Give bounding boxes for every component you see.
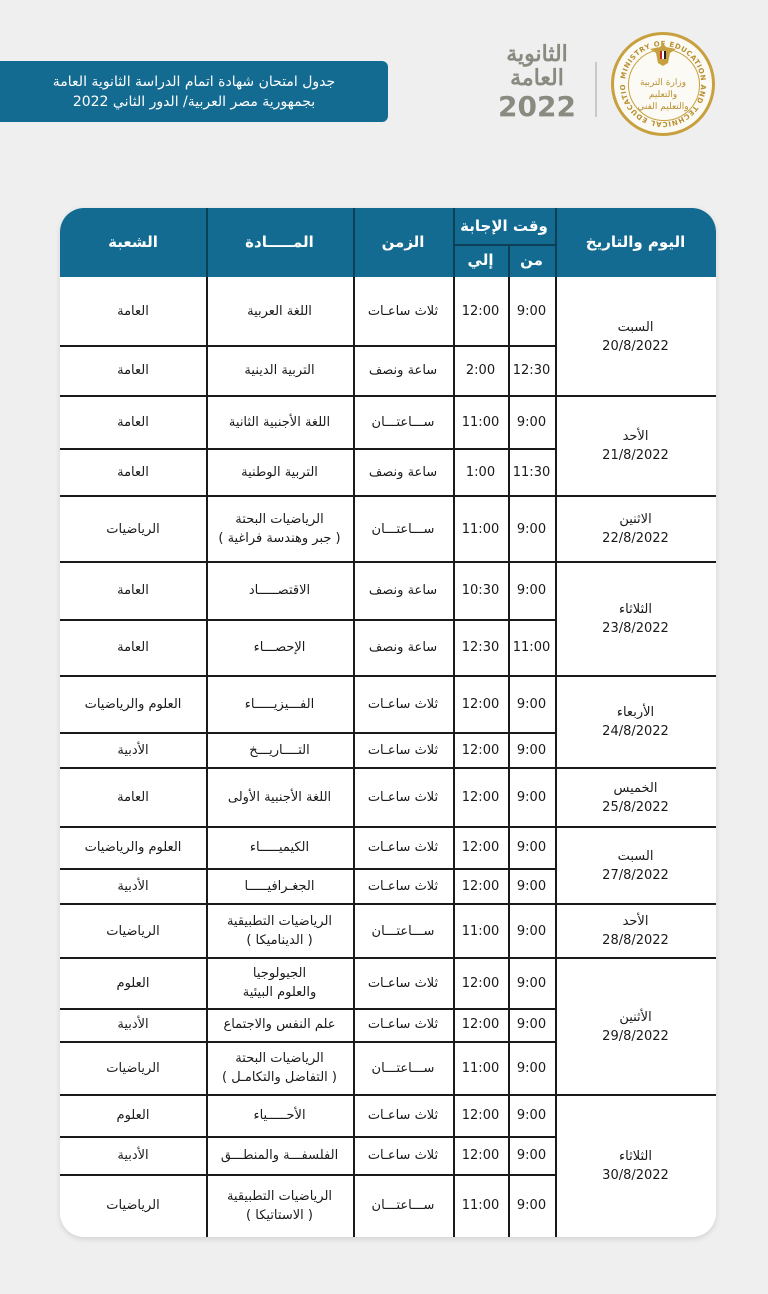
start-time: 9:00 [508, 1136, 555, 1174]
header-to: إلي [453, 244, 508, 277]
subject-name: الجيولوجيا [253, 964, 306, 983]
day-divider [60, 826, 716, 828]
end-time: 12:00 [453, 277, 508, 345]
header-day-date: اليوم والتاريخ [555, 208, 716, 277]
duration: ســـاعتـــان [353, 1174, 453, 1237]
day-name: السبت [618, 318, 654, 337]
exam-schedule-table: اليوم والتاريخ وقت الإجابة من إلي الزمن … [60, 208, 716, 1237]
subject-cell: الفـــيزيـــــاء [206, 676, 353, 732]
end-time: 12:00 [453, 768, 508, 827]
header-answer-time: وقت الإجابة [453, 208, 555, 244]
column-divider [555, 277, 557, 1237]
row-divider [60, 448, 555, 450]
row-divider [60, 868, 555, 870]
subject-name: الجغـرافيـــــا [245, 877, 315, 896]
end-time: 12:00 [453, 1136, 508, 1174]
start-time: 9:00 [508, 562, 555, 619]
day-divider [60, 1094, 716, 1096]
ministry-seal-icon: MINISTRY OF EDUCATION AND TECHNICAL EDUC… [611, 32, 715, 136]
subject-cell: الرياضيات التطبيقية( الديناميكا ) [206, 904, 353, 958]
schedule-title-banner: جدول امتحان شهادة اتمام الدراسة الثانوية… [0, 61, 388, 122]
thanaweya-amma-logo: الثانوية العامة 2022 [491, 42, 583, 122]
start-time: 9:00 [508, 958, 555, 1008]
header-divider [453, 244, 555, 246]
subject-name: الإحصـــاء [254, 638, 306, 657]
day-date-cell: الثلاثاء30/8/2022 [555, 1095, 716, 1237]
day-divider [60, 495, 716, 497]
exam-date: 23/8/2022 [602, 619, 669, 638]
subject-detail: والعلوم البيئية [243, 983, 317, 1002]
exam-date: 21/8/2022 [602, 446, 669, 465]
day-name: الثلاثاء [619, 600, 652, 619]
division: الأدبية [60, 732, 206, 768]
exam-date: 22/8/2022 [602, 529, 669, 548]
day-date-cell: الأربعاء24/8/2022 [555, 676, 716, 768]
subject-cell: الجغـرافيـــــا [206, 868, 353, 904]
subject-name: الاقتصـــــاد [249, 581, 310, 600]
subject-name: التــــاريـــخ [249, 741, 309, 760]
division: الأدبية [60, 868, 206, 904]
subject-name: الأحـــــياء [253, 1106, 305, 1125]
duration: ثلاث ساعـات [353, 277, 453, 345]
division: العامة [60, 619, 206, 676]
subject-name: التربية الدينية [244, 361, 314, 380]
division: العامة [60, 396, 206, 448]
day-name: الأحد [623, 427, 649, 446]
duration: ثلاث ساعـات [353, 868, 453, 904]
row-divider [60, 1041, 555, 1043]
day-divider [60, 767, 716, 769]
end-time: 12:00 [453, 676, 508, 732]
duration: ســـاعتـــان [353, 496, 453, 562]
row-divider [60, 732, 555, 734]
exam-date: 30/8/2022 [602, 1166, 669, 1185]
subject-cell: التربية الوطنية [206, 448, 353, 496]
duration: ســـاعتـــان [353, 1041, 453, 1095]
exam-date: 20/8/2022 [602, 337, 669, 356]
end-time: 2:00 [453, 345, 508, 396]
column-divider [508, 277, 510, 1237]
row-divider [60, 1136, 555, 1138]
header-subject: المـــــادة [206, 208, 353, 277]
subject-detail: ( الاستاتيكا ) [246, 1206, 313, 1225]
end-time: 11:00 [453, 904, 508, 958]
subject-name: التربية الوطنية [241, 463, 318, 482]
brand-line-1: الثانوية [491, 42, 583, 66]
division: الأدبية [60, 1136, 206, 1174]
day-name: الأحد [623, 912, 649, 931]
header-division: الشعبة [60, 208, 206, 277]
logo-divider [595, 62, 597, 117]
subject-cell: اللغة العربية [206, 277, 353, 345]
subject-cell: الأحـــــياء [206, 1095, 353, 1136]
seal-center-text: وزارة التربية والتعليم والتعليم الفني [634, 77, 692, 113]
title-line-1: جدول امتحان شهادة اتمام الدراسة الثانوية… [0, 72, 388, 92]
end-time: 12:00 [453, 827, 508, 868]
subject-name: اللغة الأجنبية الثانية [229, 413, 330, 432]
start-time: 9:00 [508, 827, 555, 868]
day-date-cell: الثلاثاء23/8/2022 [555, 562, 716, 676]
start-time: 12:30 [508, 345, 555, 396]
division: العامة [60, 448, 206, 496]
subject-name: الفـــيزيـــــاء [245, 695, 314, 714]
day-name: الثلاثاء [619, 1147, 652, 1166]
column-divider [453, 277, 455, 1237]
subject-cell: الفلسفـــة والمنطـــق [206, 1136, 353, 1174]
subject-cell: اللغة الأجنبية الثانية [206, 396, 353, 448]
subject-cell: الرياضيات البحتة( جبر وهندسة فراغية ) [206, 496, 353, 562]
subject-name: علم النفس والاجتماع [223, 1015, 335, 1034]
subject-name: الرياضيات التطبيقية [227, 1187, 332, 1206]
division: العامة [60, 277, 206, 345]
start-time: 9:00 [508, 277, 555, 345]
day-date-cell: السبت27/8/2022 [555, 827, 716, 904]
start-time: 9:00 [508, 1041, 555, 1095]
end-time: 12:00 [453, 1008, 508, 1041]
column-divider [206, 277, 208, 1237]
row-divider [60, 1008, 555, 1010]
duration: ساعة ونصف [353, 345, 453, 396]
brand-year: 2022 [491, 92, 583, 122]
day-divider [60, 903, 716, 905]
division: العلوم [60, 958, 206, 1008]
exam-date: 27/8/2022 [602, 866, 669, 885]
exam-date: 29/8/2022 [602, 1027, 669, 1046]
day-divider [60, 395, 716, 397]
duration: ســـاعتـــان [353, 904, 453, 958]
end-time: 12:00 [453, 868, 508, 904]
subject-detail: ( التفاضل والتكامـل ) [222, 1068, 337, 1087]
start-time: 9:00 [508, 496, 555, 562]
duration: ساعة ونصف [353, 562, 453, 619]
subject-cell: الكيميـــــاء [206, 827, 353, 868]
start-time: 9:00 [508, 1008, 555, 1041]
header-divider [555, 208, 557, 277]
division: العامة [60, 345, 206, 396]
day-date-cell: الأحد21/8/2022 [555, 396, 716, 496]
division: الأدبية [60, 1008, 206, 1041]
end-time: 11:00 [453, 396, 508, 448]
subject-detail: ( الديناميكا ) [246, 931, 312, 950]
row-divider [60, 345, 555, 347]
subject-name: الرياضيات البحتة [235, 1049, 323, 1068]
end-time: 11:00 [453, 496, 508, 562]
subject-cell: الجيولوجياوالعلوم البيئية [206, 958, 353, 1008]
division: الرياضيات [60, 1041, 206, 1095]
table-header: اليوم والتاريخ وقت الإجابة من إلي الزمن … [60, 208, 716, 277]
header-divider [508, 244, 510, 277]
end-time: 12:00 [453, 1095, 508, 1136]
division: الرياضيات [60, 1174, 206, 1237]
day-date-cell: الخميس25/8/2022 [555, 768, 716, 827]
duration: ثلاث ساعـات [353, 1008, 453, 1041]
day-divider [60, 675, 716, 677]
duration: ثلاث ساعـات [353, 1136, 453, 1174]
subject-cell: اللغة الأجنبية الأولى [206, 768, 353, 827]
day-name: الأثنين [619, 1008, 651, 1027]
day-name: الخميس [614, 779, 658, 798]
day-date-cell: الأثنين29/8/2022 [555, 958, 716, 1095]
duration: ثلاث ساعـات [353, 1095, 453, 1136]
duration: ثلاث ساعـات [353, 676, 453, 732]
header-divider [206, 208, 208, 277]
eagle-emblem-icon [646, 41, 680, 67]
exam-date: 25/8/2022 [602, 798, 669, 817]
duration: ثلاث ساعـات [353, 827, 453, 868]
exam-date: 28/8/2022 [602, 931, 669, 950]
subject-cell: علم النفس والاجتماع [206, 1008, 353, 1041]
end-time: 10:30 [453, 562, 508, 619]
row-divider [60, 1174, 555, 1176]
subject-name: الكيميـــــاء [250, 838, 309, 857]
division: الرياضيات [60, 496, 206, 562]
end-time: 12:00 [453, 732, 508, 768]
start-time: 9:00 [508, 768, 555, 827]
header-divider [353, 208, 355, 277]
subject-name: الفلسفـــة والمنطـــق [221, 1146, 338, 1165]
duration: ثلاث ساعـات [353, 768, 453, 827]
start-time: 9:00 [508, 1174, 555, 1237]
day-name: الأربعاء [617, 703, 654, 722]
duration: ســـاعتـــان [353, 396, 453, 448]
duration: ساعة ونصف [353, 448, 453, 496]
division: العلوم [60, 1095, 206, 1136]
start-time: 9:00 [508, 396, 555, 448]
header-duration: الزمن [353, 208, 453, 277]
end-time: 1:00 [453, 448, 508, 496]
start-time: 9:00 [508, 732, 555, 768]
day-name: الاثنين [619, 510, 651, 529]
subject-name: اللغة العربية [247, 302, 312, 321]
duration: ثلاث ساعـات [353, 958, 453, 1008]
day-date-cell: السبت20/8/2022 [555, 277, 716, 396]
subject-cell: الاقتصـــــاد [206, 562, 353, 619]
header-from: من [508, 244, 555, 277]
day-divider [60, 561, 716, 563]
logos: الثانوية العامة 2022 MINISTRY OF EDUCATI… [485, 32, 717, 137]
division: العامة [60, 768, 206, 827]
division: العلوم والرياضيات [60, 676, 206, 732]
subject-cell: الإحصـــاء [206, 619, 353, 676]
division: العلوم والرياضيات [60, 827, 206, 868]
subject-name: الرياضيات البحتة [235, 510, 323, 529]
day-date-cell: الاثنين22/8/2022 [555, 496, 716, 562]
end-time: 11:00 [453, 1174, 508, 1237]
end-time: 12:00 [453, 958, 508, 1008]
day-divider [60, 957, 716, 959]
title-line-2: بجمهورية مصر العربية/ الدور الثاني 2022 [0, 92, 388, 112]
brand-line-2: العامة [491, 66, 583, 90]
duration: ثلاث ساعـات [353, 732, 453, 768]
exam-date: 24/8/2022 [602, 722, 669, 741]
subject-name: اللغة الأجنبية الأولى [228, 788, 331, 807]
start-time: 11:00 [508, 619, 555, 676]
subject-cell: الرياضيات التطبيقية( الاستاتيكا ) [206, 1174, 353, 1237]
day-name: السبت [618, 847, 654, 866]
start-time: 9:00 [508, 1095, 555, 1136]
end-time: 11:00 [453, 1041, 508, 1095]
subject-cell: التربية الدينية [206, 345, 353, 396]
duration: ساعة ونصف [353, 619, 453, 676]
start-time: 9:00 [508, 904, 555, 958]
day-date-cell: الأحد28/8/2022 [555, 904, 716, 958]
subject-name: الرياضيات التطبيقية [227, 912, 332, 931]
subject-cell: التــــاريـــخ [206, 732, 353, 768]
row-divider [60, 619, 555, 621]
division: الرياضيات [60, 904, 206, 958]
division: العامة [60, 562, 206, 619]
subject-detail: ( جبر وهندسة فراغية ) [218, 529, 340, 548]
header-divider [453, 208, 455, 277]
start-time: 11:30 [508, 448, 555, 496]
start-time: 9:00 [508, 868, 555, 904]
column-divider [353, 277, 355, 1237]
subject-cell: الرياضيات البحتة( التفاضل والتكامـل ) [206, 1041, 353, 1095]
end-time: 12:30 [453, 619, 508, 676]
start-time: 9:00 [508, 676, 555, 732]
